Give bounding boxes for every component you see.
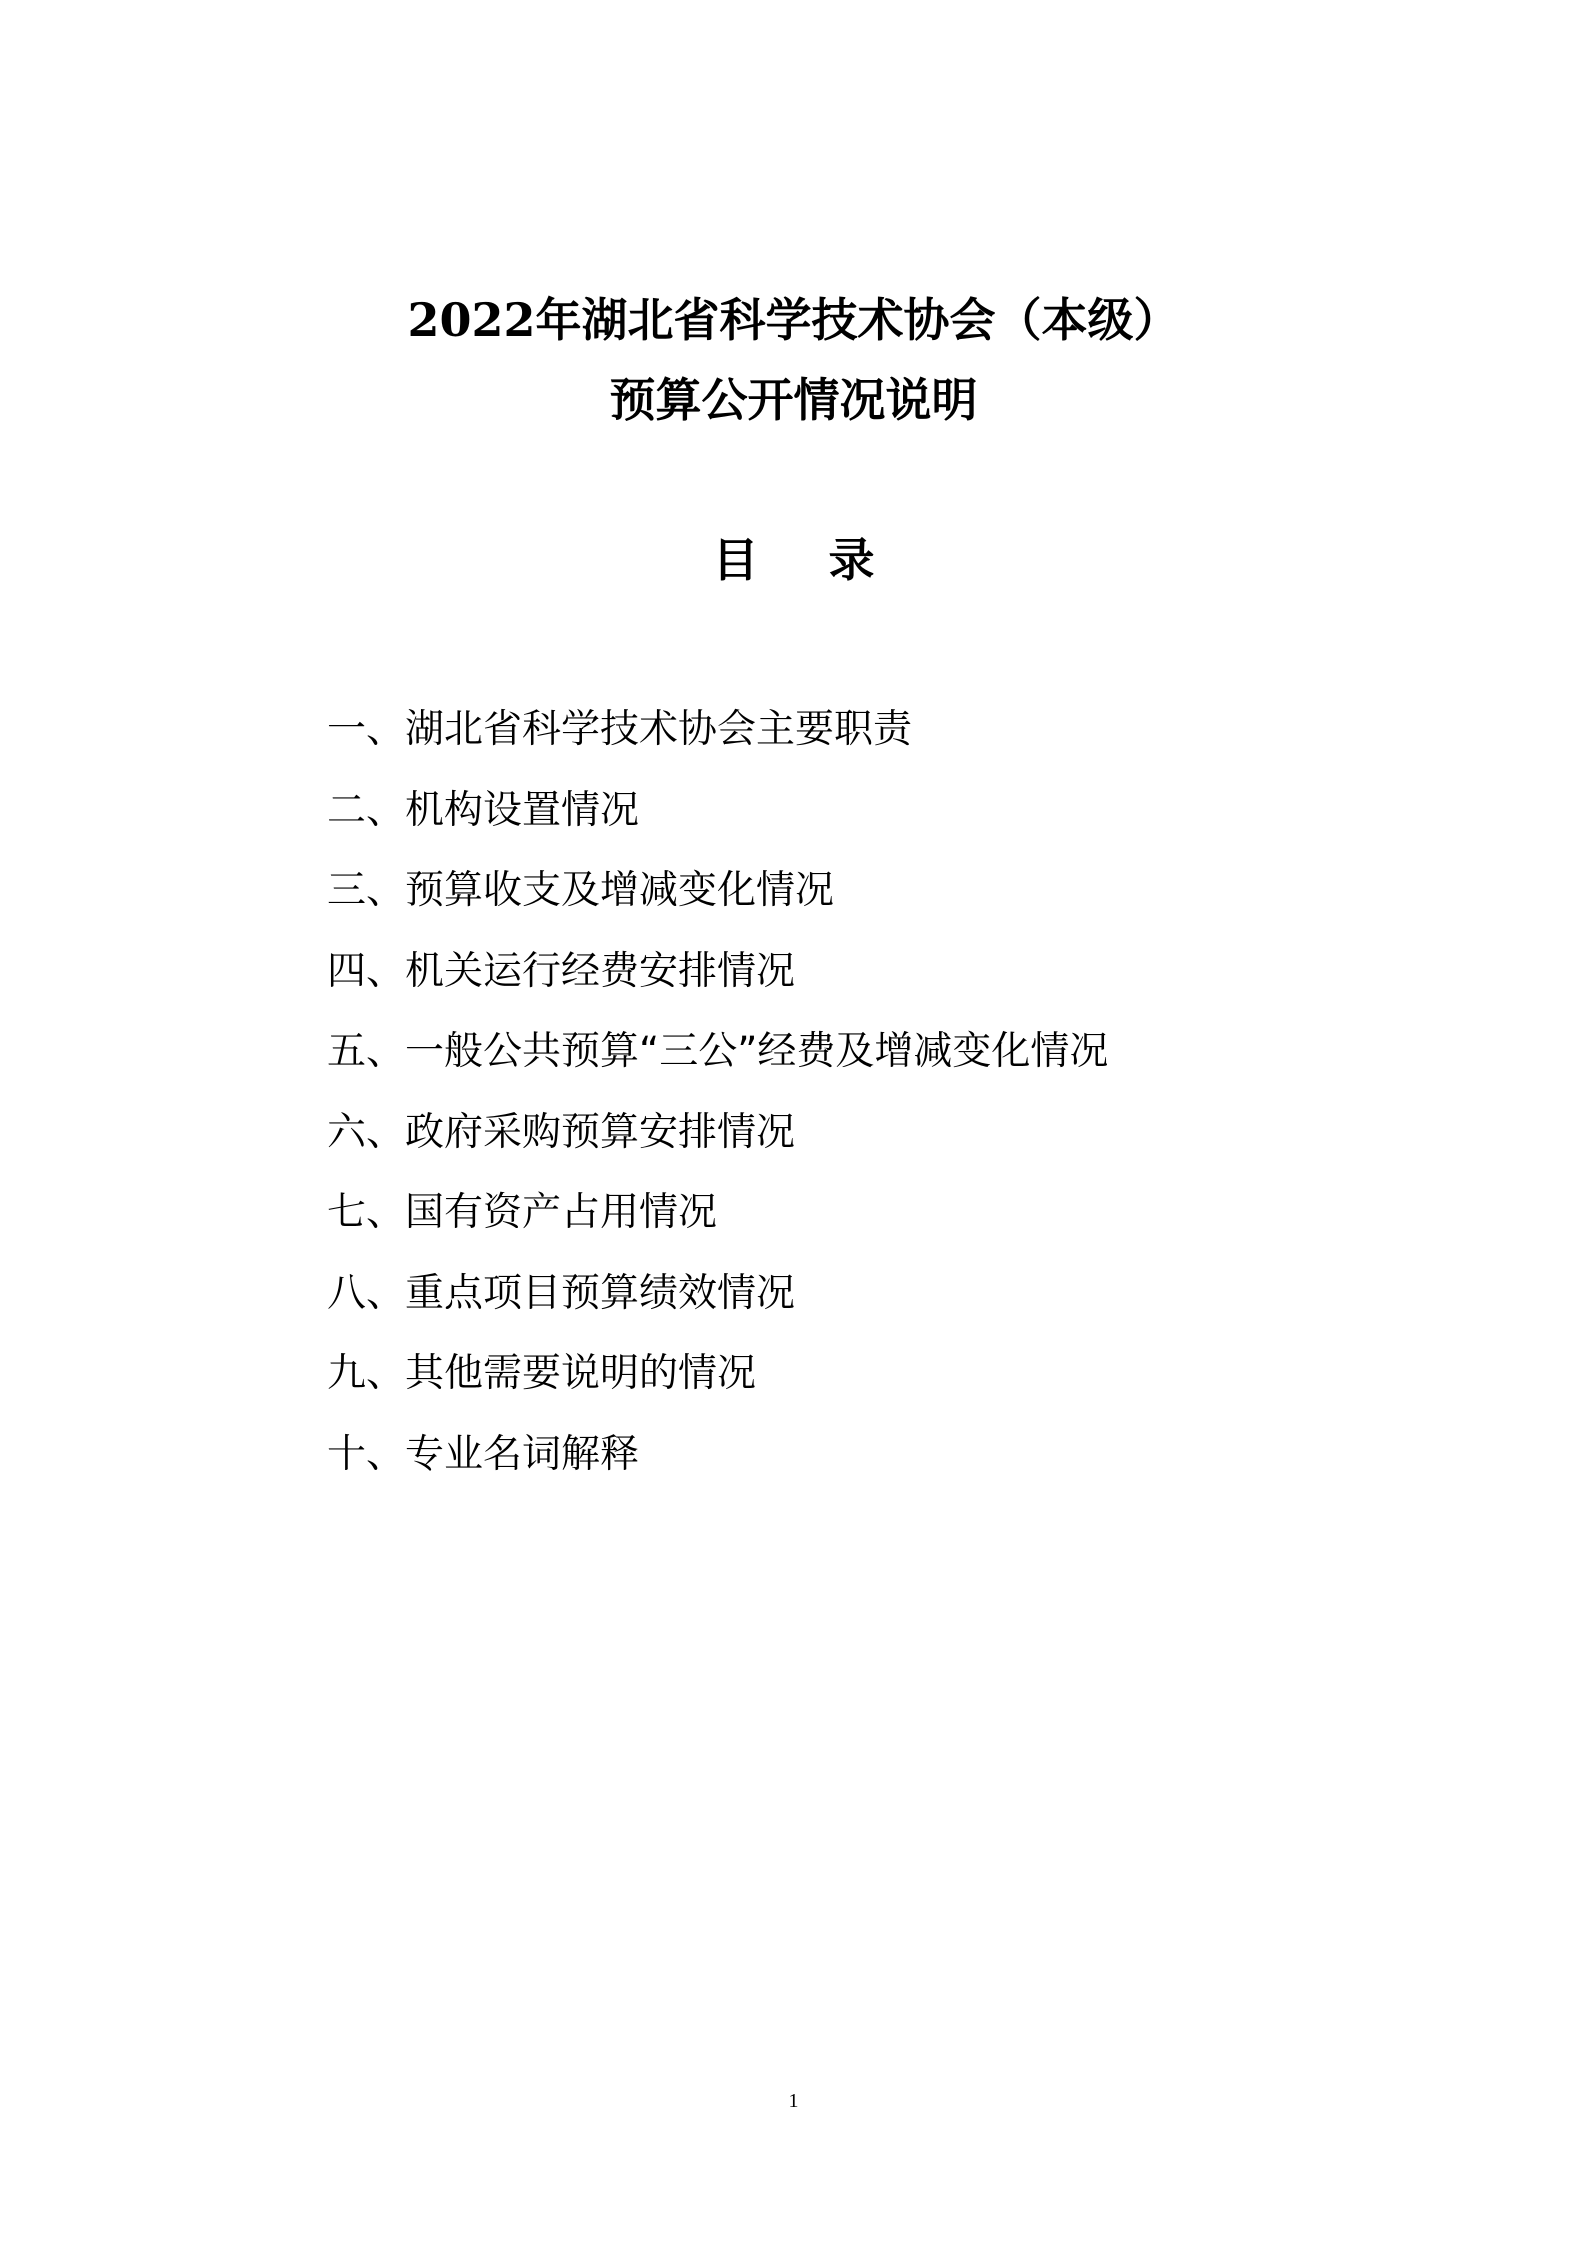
page-number: 1 bbox=[0, 2090, 1587, 2113]
document-title-line-2: 预算公开情况说明 bbox=[0, 370, 1587, 430]
document-title-line-1: 2022年湖北省科学技术协会（本级） bbox=[0, 290, 1587, 350]
toc-item-7: 七、国有资产占用情况 bbox=[327, 1173, 1108, 1254]
toc-item-5: 五、一般公共预算“三公”经费及增减变化情况 bbox=[327, 1012, 1108, 1093]
toc-item-2: 二、机构设置情况 bbox=[327, 771, 1108, 852]
toc-item-4: 四、机关运行经费安排情况 bbox=[327, 932, 1108, 1013]
toc-heading-part-2: 录 bbox=[829, 533, 875, 587]
toc-item-1: 一、湖北省科学技术协会主要职责 bbox=[327, 690, 1108, 771]
toc-item-3: 三、预算收支及增减变化情况 bbox=[327, 851, 1108, 932]
toc-item-8: 八、重点项目预算绩效情况 bbox=[327, 1254, 1108, 1335]
table-of-contents: 一、湖北省科学技术协会主要职责 二、机构设置情况 三、预算收支及增减变化情况 四… bbox=[327, 690, 1108, 1495]
toc-heading: 目录 bbox=[0, 530, 1587, 590]
toc-item-10: 十、专业名词解释 bbox=[327, 1415, 1108, 1496]
toc-item-9: 九、其他需要说明的情况 bbox=[327, 1334, 1108, 1415]
toc-heading-part-1: 目 bbox=[713, 533, 759, 587]
toc-item-6: 六、政府采购预算安排情况 bbox=[327, 1093, 1108, 1174]
